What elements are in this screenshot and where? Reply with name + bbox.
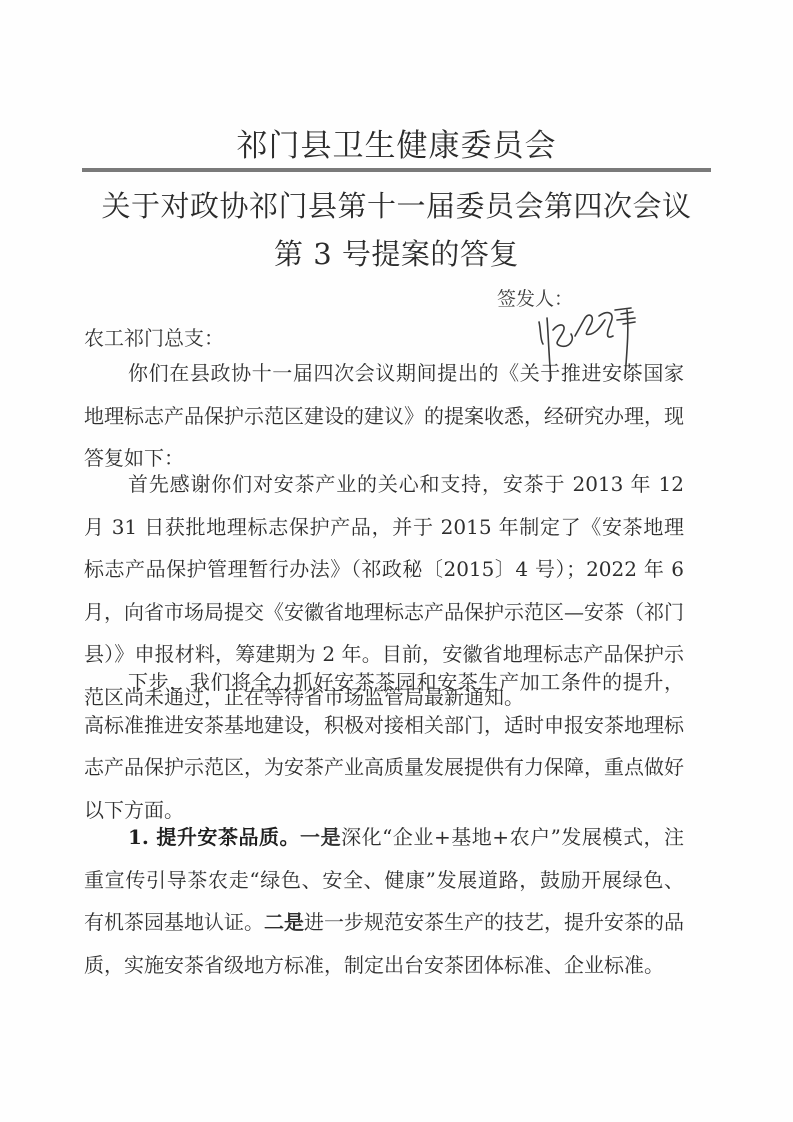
- point-two-lead: 二是: [264, 910, 304, 934]
- paragraph-acknowledgement: 你们在县政协十一届四次会议期间提出的《关于推进安茶国家地理标志产品保护示范区建设…: [84, 352, 684, 480]
- organization-name: 祁门县卫生健康委员会: [0, 120, 793, 165]
- header-divider: [82, 168, 711, 172]
- salutation: 农工祁门总支：: [84, 322, 224, 351]
- document-title-line-2: 第 3 号提案的答复: [0, 232, 793, 273]
- document-page: 祁门县卫生健康委员会 关于对政协祁门县第十一届委员会第四次会议 第 3 号提案的…: [0, 0, 793, 1122]
- document-title-line-1: 关于对政协祁门县第十一届委员会第四次会议: [0, 184, 793, 225]
- paragraph-quality-improvement: 1. 提升安茶品质。一是深化“企业+基地+农户”发展模式，注重宣传引导茶农走“绿…: [84, 816, 684, 986]
- paragraph-next-steps: 下步，我们将全力抓好安茶茶园和安茶生产加工条件的提升，高标准推进安茶基地建设，积…: [84, 661, 684, 831]
- point-one-lead: 一是: [300, 825, 341, 849]
- section-heading: 1. 提升安茶品质。: [128, 825, 300, 849]
